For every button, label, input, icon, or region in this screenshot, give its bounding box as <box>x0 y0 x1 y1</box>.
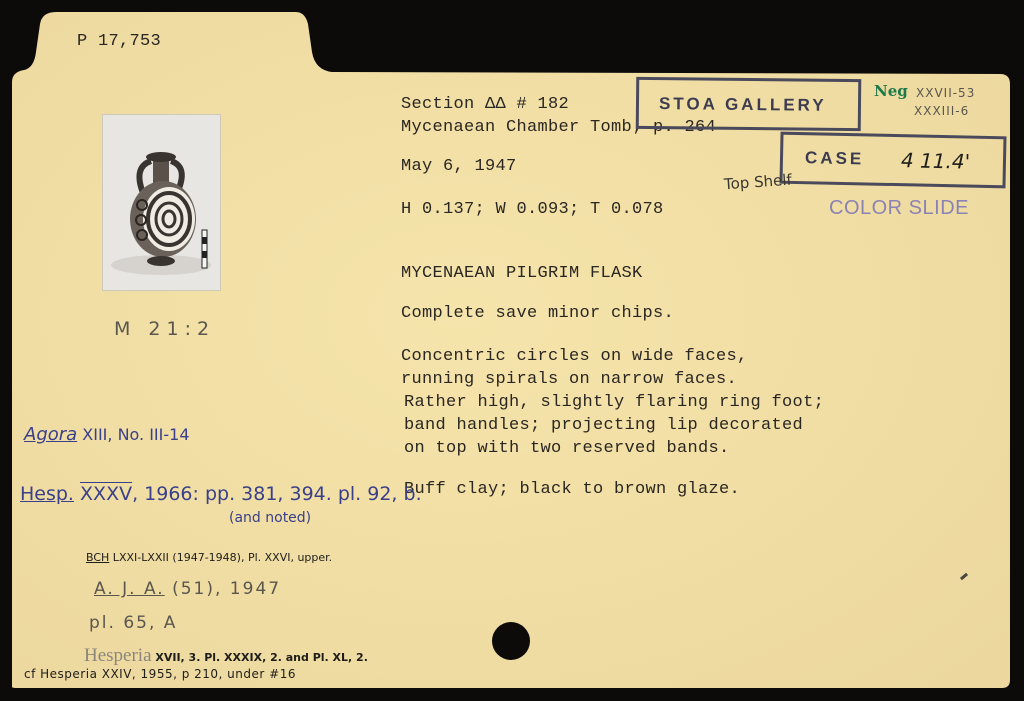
bch-prefix: BCH <box>86 551 109 564</box>
punch-hole <box>492 622 530 660</box>
hesp-rest: , 1966: pp. 381, 394. pl. 92, b. <box>132 483 422 505</box>
agora-prefix: Agora <box>24 424 77 445</box>
aja-prefix: A. J. A. <box>94 579 165 599</box>
case-stamp: CASE 4 11.4' <box>779 132 1006 189</box>
bch-reference: BCH LXXI-LXXII (1947-1948), Pl. XXVI, up… <box>86 551 332 564</box>
description-line: Rather high, slightly flaring ring foot; <box>404 391 824 414</box>
date-line: May 6, 1947 <box>401 157 517 176</box>
neg-number: XXXIII-6 <box>914 102 975 120</box>
hesperia-ref: XVII, 3. Pl. XXXIX, 2. and Pl. XL, 2. <box>152 651 368 664</box>
hesperia-stamp: Hesperia <box>84 645 152 666</box>
hesperia-stamp-reference: Hesperia XVII, 3. Pl. XXXIX, 2. and Pl. … <box>84 645 368 667</box>
aja-plate: pl. 65, A <box>89 613 177 633</box>
color-slide-stamp: COLOR SLIDE <box>829 197 969 220</box>
hesperia-1966-reference: Hesp. XXXV, 1966: pp. 381, 394. pl. 92, … <box>20 483 422 505</box>
description-block-2: Rather high, slightly flaring ring foot;… <box>404 391 824 460</box>
agora-reference: Agora XIII, No. III-14 <box>24 424 190 445</box>
aja-reference: A. J. A. (51), 1947 <box>94 579 281 599</box>
hesp-prefix: Hesp. <box>20 483 74 505</box>
neg-number: XXVII-53 <box>916 84 975 102</box>
cf-hesperia-reference: cf Hesperia XXIV, 1955, p 210, under #16 <box>24 667 296 681</box>
bch-rest: LXXI-LXXII (1947-1948), Pl. XXVI, upper. <box>109 551 332 564</box>
catalog-number: P 17,753 <box>77 32 161 51</box>
stoa-gallery-stamp: STOA GALLERY <box>636 77 862 131</box>
neg-stamp: Neg <box>874 82 908 100</box>
aja-rest: (51), 1947 <box>165 579 281 599</box>
dimensions-line: H 0.137; W 0.093; T 0.078 <box>401 200 664 219</box>
description-line: band handles; projecting lip decorated <box>404 414 824 437</box>
object-title: MYCENAEAN PILGRIM FLASK <box>401 264 643 283</box>
case-value: 4 11.4' <box>901 148 971 173</box>
description-line: on top with two reserved bands. <box>404 437 824 460</box>
condition-line: Complete save minor chips. <box>401 304 674 323</box>
pilgrim-flask-image <box>103 115 221 291</box>
case-label: CASE <box>805 148 865 169</box>
fabric-line: Buff clay; black to brown glaze. <box>404 480 740 499</box>
description-block-1: Concentric circles on wide faces, runnin… <box>401 345 748 391</box>
object-photo <box>102 114 221 291</box>
description-line: Concentric circles on wide faces, <box>401 345 748 368</box>
hesp-note: (and noted) <box>229 510 311 526</box>
hesp-volume: XXXV <box>80 483 132 505</box>
neg-numbers: XXVII-53 XXXIII-6 <box>916 84 975 120</box>
description-line: running spirals on narrow faces. <box>401 368 748 391</box>
stoa-gallery-text: STOA GALLERY <box>659 94 827 116</box>
photo-pencil-label: M 21:2 <box>114 318 215 340</box>
agora-rest: XIII, No. III-14 <box>77 425 189 444</box>
